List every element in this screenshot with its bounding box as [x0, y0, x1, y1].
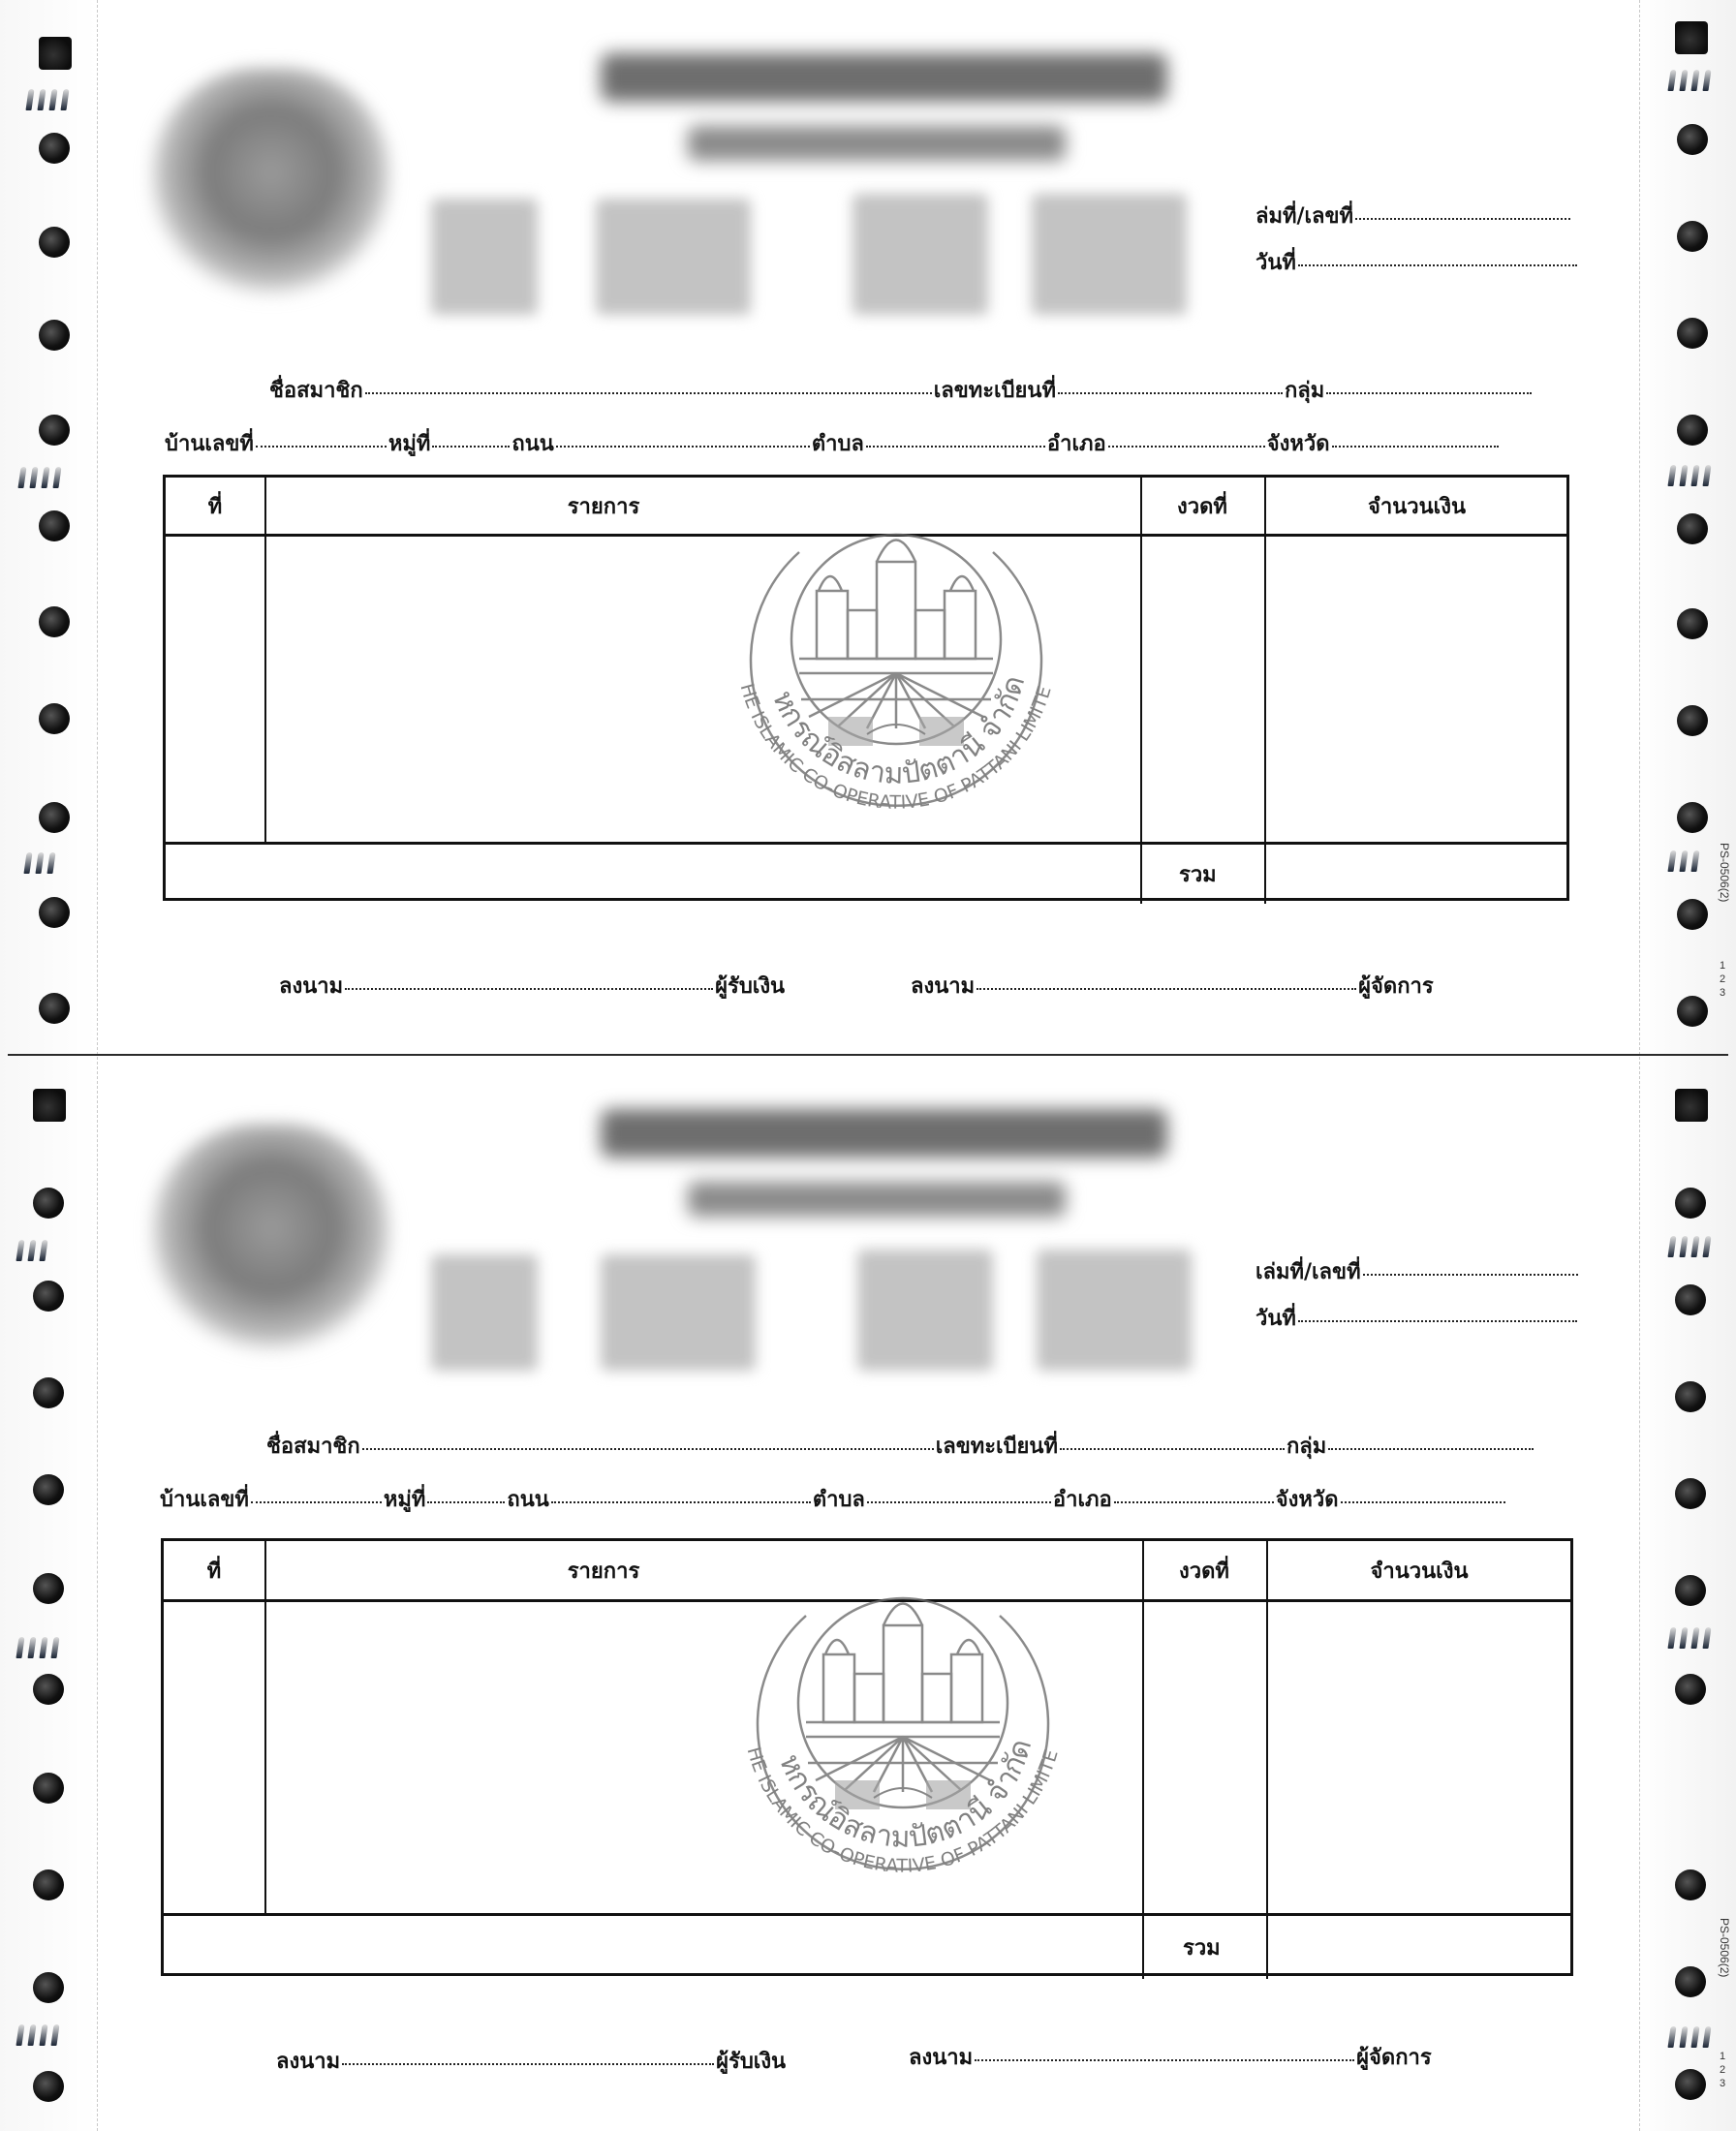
feed-hole-icon: [33, 2071, 64, 2102]
feed-hole-icon: [1675, 1381, 1706, 1412]
province-field[interactable]: จังหวัด: [1267, 426, 1501, 460]
member-row-1: ชื่อสมาชิก เลขทะเบียนที่ กลุ่ม: [266, 1429, 1535, 1463]
feed-hole-icon: [33, 1188, 64, 1219]
contact-info-blurred: [431, 1254, 538, 1371]
signature-label: ลงนาม: [911, 969, 975, 1003]
feed-hole-icon: [1677, 996, 1708, 1027]
copy-number: 1: [1720, 959, 1725, 973]
total-amount-cell[interactable]: [1268, 1915, 1570, 1975]
house-number-blank[interactable]: [256, 446, 387, 448]
member-name-label: ชื่อสมาชิก: [266, 1429, 360, 1463]
district-blank[interactable]: [1108, 446, 1265, 448]
org-name-blurred: [601, 1109, 1167, 1158]
member-name-blank[interactable]: [362, 1448, 934, 1450]
signature-label: ลงนาม: [276, 2044, 340, 2078]
copy-number: 3: [1720, 2077, 1725, 2090]
district-blank[interactable]: [1114, 1501, 1274, 1503]
feed-hole-icon: [1675, 1089, 1708, 1122]
org-name-blurred: [601, 53, 1167, 102]
feed-hole-icon: [1677, 899, 1708, 930]
house-number-field[interactable]: บ้านเลขที่: [160, 1482, 384, 1516]
manager-role-label: ผู้จัดการ: [1356, 2040, 1432, 2074]
feed-hole-icon: [33, 1869, 64, 1900]
tick-marks-icon: [1669, 1236, 1710, 1257]
province-blank[interactable]: [1332, 446, 1499, 448]
manager-role-label: ผู้จัดการ: [1358, 969, 1434, 1003]
member-row-2: บ้านเลขที่ หมู่ที่ ถนน ตำบล อำเภอ จังหวั…: [165, 426, 1501, 460]
feed-hole-icon: [33, 1972, 64, 2003]
date-field[interactable]: วันที่: [1255, 1301, 1579, 1335]
feed-hole-icon: [1675, 1188, 1706, 1219]
road-label: ถนน: [507, 1482, 548, 1516]
receipt-form-2: เล่มที่/เลขที่ วันที่ ชื่อสมาชิก เลขทะเบ…: [97, 1056, 1639, 2112]
feed-hole-icon: [1677, 608, 1708, 639]
org-logo-blurred: [150, 68, 392, 300]
tick-marks-icon: [17, 2024, 58, 2046]
member-name-blank[interactable]: [365, 392, 932, 394]
village-field[interactable]: หมู่ที่: [384, 1482, 508, 1516]
member-row-1: ชื่อสมาชิก เลขทะเบียนที่ กลุ่ม: [269, 373, 1534, 407]
house-number-blank[interactable]: [251, 1501, 382, 1503]
tick-marks-icon: [1669, 70, 1710, 91]
group-label: กลุ่ม: [1286, 1429, 1326, 1463]
feed-hole-icon: [1675, 1478, 1706, 1509]
feed-hole-icon: [39, 606, 70, 637]
tick-marks-icon: [17, 1637, 58, 1658]
col-divider: [1142, 1541, 1144, 1979]
total-label: รวม: [1183, 1930, 1221, 1964]
manager-signature-field[interactable]: ลงนามผู้จัดการ: [911, 969, 1434, 1003]
tick-marks-icon: [1669, 1627, 1710, 1649]
district-label: อำเภอ: [1053, 1482, 1112, 1516]
total-amount-cell[interactable]: [1266, 844, 1566, 898]
feed-hole-icon: [1675, 1575, 1706, 1606]
registration-label: เลขทะเบียนที่: [936, 1429, 1058, 1463]
district-field[interactable]: อำเภอ: [1053, 1482, 1276, 1516]
member-name-label: ชื่อสมาชิก: [269, 373, 363, 407]
col-divider: [1140, 478, 1142, 904]
cooperative-seal-icon: สหกรณ์อิสลามปัตตานี จำกัด THE ISLAMIC CO…: [738, 1538, 1068, 1887]
form-code: PS-0506(2): [1718, 843, 1731, 902]
col-header-installment: งวดที่: [1142, 1541, 1266, 1599]
total-label: รวม: [1179, 857, 1217, 891]
road-field[interactable]: ถนน: [507, 1482, 812, 1516]
feed-hole-icon: [39, 802, 70, 833]
feed-hole-icon: [1677, 705, 1708, 736]
subdistrict-label: ตำบล: [812, 426, 864, 460]
manager-signature-field[interactable]: ลงนามผู้จัดการ: [909, 2040, 1432, 2074]
form-code: PS-0506(2): [1718, 1918, 1731, 1977]
copy-numbers: 1 2 3: [1720, 959, 1725, 1000]
book-number-blank[interactable]: [1355, 218, 1570, 220]
registration-blank[interactable]: [1060, 1448, 1285, 1450]
col-header-amount: จำนวนเงิน: [1266, 1541, 1572, 1599]
col-header-no: ที่: [164, 1541, 264, 1599]
house-number-label: บ้านเลขที่: [160, 1482, 249, 1516]
contact-info-blurred: [852, 194, 988, 315]
receiver-role-label: ผู้รับเงิน: [715, 969, 785, 1003]
date-blank[interactable]: [1298, 1320, 1577, 1322]
col-header-amount: จำนวนเงิน: [1264, 478, 1569, 534]
feed-hole-icon: [39, 415, 70, 446]
book-number-blank[interactable]: [1363, 1274, 1578, 1276]
feed-hole-icon: [33, 1474, 64, 1505]
village-blank[interactable]: [432, 446, 510, 448]
road-blank[interactable]: [551, 1501, 811, 1503]
province-label: จังหวัด: [1267, 426, 1330, 460]
copy-numbers: 1 2 3: [1720, 2050, 1725, 2090]
receiver-role-label: ผู้รับเงิน: [716, 2044, 786, 2078]
feed-hole-icon: [1675, 1284, 1706, 1315]
district-label: อำเภอ: [1047, 426, 1106, 460]
continuous-form-paper: PS-0506(2) 1 2 3 PS-0506(2) 1 2 3: [0, 0, 1736, 2131]
receiver-signature-field[interactable]: ลงนามผู้รับเงิน: [276, 2044, 786, 2078]
feed-hole-icon: [39, 897, 70, 928]
feed-hole-icon: [39, 993, 70, 1024]
house-number-label: บ้านเลขที่: [165, 426, 254, 460]
subdistrict-field[interactable]: ตำบล: [812, 426, 1047, 460]
book-number-label: ล่มที่/เลขที่: [1255, 199, 1353, 232]
form-subtitle-blurred: [688, 1182, 1066, 1217]
feed-hole-icon: [1675, 2069, 1706, 2100]
manager-signature-blank[interactable]: [975, 2059, 1354, 2061]
feed-hole-icon: [39, 37, 72, 70]
member-name-field[interactable]: ชื่อสมาชิก: [269, 373, 934, 407]
tick-marks-icon: [17, 1240, 46, 1261]
contact-info-blurred: [601, 1254, 756, 1371]
member-row-2: บ้านเลขที่ หมู่ที่ ถนน ตำบล อำเภอ จังหวั…: [160, 1482, 1507, 1516]
feed-hole-icon: [1677, 415, 1708, 446]
subdistrict-field[interactable]: ตำบล: [813, 1482, 1053, 1516]
subdistrict-label: ตำบล: [813, 1482, 865, 1516]
receiver-signature-blank[interactable]: [345, 988, 713, 990]
feed-hole-icon: [33, 1377, 64, 1408]
signature-label: ลงนาม: [909, 2040, 973, 2074]
copy-number: 1: [1720, 2050, 1725, 2063]
road-blank[interactable]: [556, 446, 810, 448]
village-label: หมู่ที่: [384, 1482, 426, 1516]
left-tractor-strip: [0, 0, 98, 2131]
contact-info-blurred: [431, 199, 538, 315]
tick-marks-icon: [1669, 850, 1698, 872]
date-blank[interactable]: [1298, 264, 1577, 266]
feed-hole-icon: [1677, 124, 1708, 155]
member-name-field[interactable]: ชื่อสมาชิก: [266, 1429, 936, 1463]
contact-info-blurred: [596, 199, 751, 315]
group-label: กลุ่ม: [1285, 373, 1324, 407]
feed-hole-icon: [1677, 513, 1708, 544]
feed-hole-icon: [33, 1089, 66, 1122]
form-subtitle-blurred: [688, 126, 1066, 161]
feed-hole-icon: [1675, 1869, 1706, 1900]
group-field[interactable]: กลุ่ม: [1286, 1429, 1535, 1463]
col-divider: [1264, 478, 1266, 904]
feed-hole-icon: [33, 1281, 64, 1312]
copy-number: 2: [1720, 973, 1725, 986]
province-label: จังหวัด: [1276, 1482, 1339, 1516]
group-blank[interactable]: [1328, 1448, 1534, 1450]
tick-marks-icon: [25, 852, 54, 874]
feed-hole-icon: [39, 510, 70, 541]
col-divider: [1266, 1541, 1268, 1979]
feed-hole-icon: [1677, 221, 1708, 252]
contact-info-blurred: [857, 1250, 993, 1371]
org-logo-blurred: [150, 1124, 392, 1356]
village-blank[interactable]: [427, 1501, 505, 1503]
registration-field[interactable]: เลขทะเบียนที่: [934, 373, 1285, 407]
district-field[interactable]: อำเภอ: [1047, 426, 1267, 460]
village-field[interactable]: หมู่ที่: [388, 426, 512, 460]
contact-info-blurred: [1037, 1250, 1192, 1371]
subdistrict-blank[interactable]: [867, 1501, 1051, 1503]
feed-hole-icon: [33, 1573, 64, 1604]
col-header-no: ที่: [166, 478, 264, 534]
road-field[interactable]: ถนน: [511, 426, 811, 460]
right-tractor-strip: PS-0506(2) 1 2 3 PS-0506(2) 1 2 3: [1639, 0, 1736, 2131]
feed-hole-icon: [33, 1674, 64, 1705]
road-label: ถนน: [511, 426, 553, 460]
registration-blank[interactable]: [1058, 392, 1283, 394]
subdistrict-blank[interactable]: [866, 446, 1045, 448]
house-number-field[interactable]: บ้านเลขที่: [165, 426, 388, 460]
book-number-field[interactable]: ล่มที่/เลขที่: [1255, 199, 1572, 232]
feed-hole-icon: [39, 703, 70, 734]
col-header-installment: งวดที่: [1140, 478, 1264, 534]
contact-info-blurred: [1032, 194, 1187, 315]
book-number-label: เล่มที่/เลขที่: [1255, 1254, 1361, 1288]
feed-hole-icon: [1675, 21, 1708, 54]
feed-hole-icon: [1675, 1966, 1706, 1997]
feed-hole-icon: [39, 227, 70, 258]
receipt-form-1: ล่มที่/เลขที่ วันที่ ชื่อสมาชิก เลขทะเบี…: [97, 0, 1639, 1056]
book-number-field[interactable]: เล่มที่/เลขที่: [1255, 1254, 1580, 1288]
receiver-signature-blank[interactable]: [342, 2063, 714, 2065]
feed-hole-icon: [39, 133, 70, 164]
feed-hole-icon: [33, 1773, 64, 1804]
feed-hole-icon: [39, 320, 70, 351]
manager-signature-blank[interactable]: [976, 988, 1356, 990]
province-blank[interactable]: [1341, 1501, 1505, 1503]
group-blank[interactable]: [1326, 392, 1532, 394]
copy-number: 2: [1720, 2063, 1725, 2077]
village-label: หมู่ที่: [388, 426, 431, 460]
receiver-signature-field[interactable]: ลงนามผู้รับเงิน: [279, 969, 785, 1003]
registration-field[interactable]: เลขทะเบียนที่: [936, 1429, 1286, 1463]
tick-marks-icon: [1669, 465, 1710, 486]
tick-marks-icon: [19, 467, 60, 488]
signature-label: ลงนาม: [279, 969, 343, 1003]
date-field[interactable]: วันที่: [1255, 245, 1579, 279]
province-field[interactable]: จังหวัด: [1276, 1482, 1507, 1516]
copy-number: 3: [1720, 986, 1725, 1000]
date-label: วันที่: [1255, 1301, 1296, 1335]
group-field[interactable]: กลุ่ม: [1285, 373, 1534, 407]
feed-hole-icon: [1675, 1674, 1706, 1705]
registration-label: เลขทะเบียนที่: [934, 373, 1056, 407]
cooperative-seal-icon: สหกรณ์อิสลามปัตตานี จำกัด THE ISLAMIC CO…: [731, 475, 1061, 823]
date-label: วันที่: [1255, 245, 1296, 279]
feed-hole-icon: [1677, 802, 1708, 833]
feed-hole-icon: [1677, 318, 1708, 349]
tick-marks-icon: [1669, 2026, 1710, 2048]
tick-marks-icon: [27, 89, 68, 110]
